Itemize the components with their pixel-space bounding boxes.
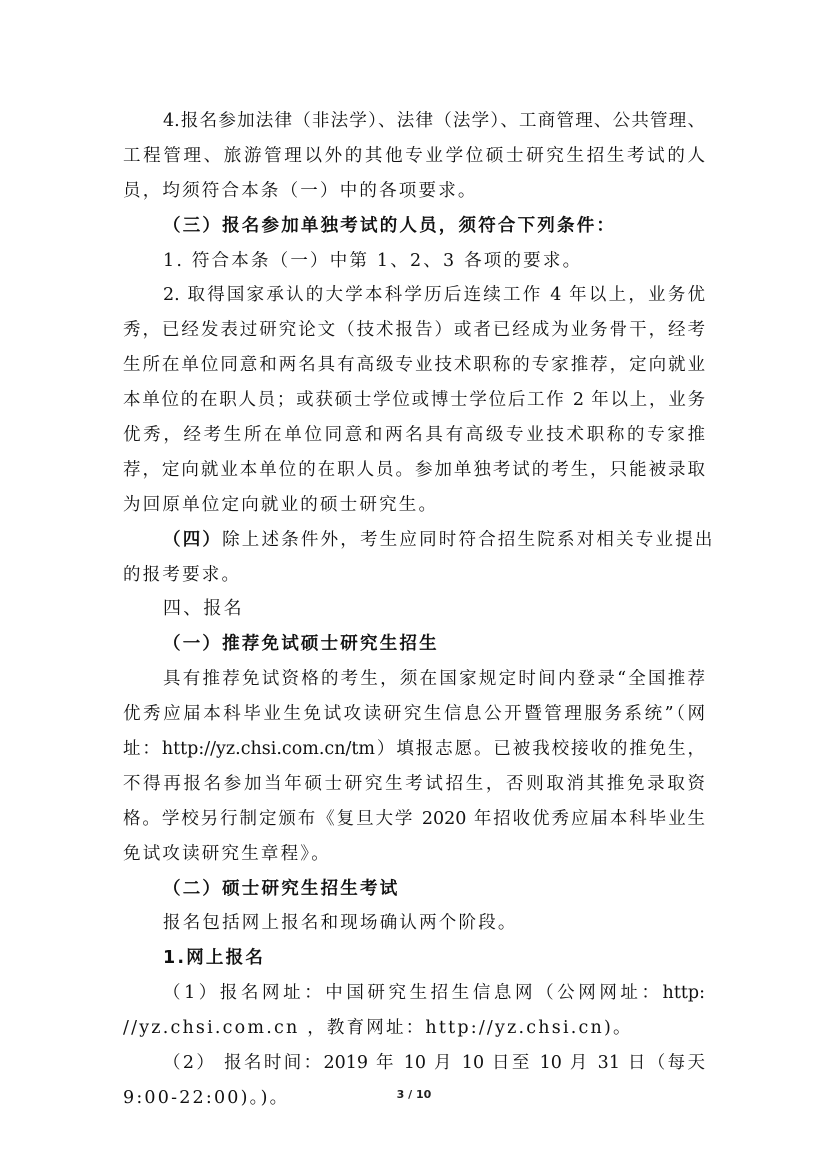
paragraph-text: 除上述条件外，考生应同时符合招生院系对相关专业提出 <box>222 530 715 550</box>
paragraph-line: 报名包括网上报名和现场确认两个阶段。 <box>123 906 705 941</box>
paragraph-line: 本单位的在职人员；或获硕士学位或博士学位后工作 2 年以上，业务 <box>123 383 705 418</box>
paragraph-line: 格。学校另行制定颁布《复旦大学 2020 年招收优秀应届本科毕业生 <box>123 802 705 837</box>
paragraph-line: （四）除上述条件外，考生应同时符合招生院系对相关专业提出 <box>123 523 705 558</box>
paragraph-line: （2） 报名时间：2019 年 10 月 10 日至 10 月 31 日（每天 <box>123 1046 705 1081</box>
section-heading: （二）硕士研究生招生考试 <box>123 872 705 907</box>
paragraph-line: 不得再报名参加当年硕士研究生考试招生，否则取消其推免录取资 <box>123 767 705 802</box>
paragraph-line: 为回原单位定向就业的硕士研究生。 <box>123 488 705 523</box>
paragraph-line: 1. 符合本条（一）中第 1、2、3 各项的要求。 <box>123 244 705 279</box>
paragraph-line: （1）报名网址：中国研究生招生信息网（公网网址：http: <box>123 976 705 1011</box>
paragraph-line: 优秀，经考生所在单位同意和两名具有高级专业技术职称的专家推 <box>123 418 705 453</box>
paragraph-line: 优秀应届本科毕业生免试攻读研究生信息公开暨管理服务系统”（网 <box>123 697 705 732</box>
paragraph-line: 秀，已经发表过研究论文（技术报告）或者已经成为业务骨干，经考 <box>123 313 705 348</box>
paragraph-line: 2. 取得国家承认的大学本科学历后连续工作 4 年以上，业务优 <box>123 278 705 313</box>
subsection-heading: 1.网上报名 <box>123 941 705 976</box>
section-heading: （三）报名参加单独考试的人员，须符合下列条件： <box>123 209 705 244</box>
paragraph-line: 员，均须符合本条（一）中的各项要求。 <box>123 174 705 209</box>
paragraph-line: 生所在单位同意和两名具有高级专业技术职称的专家推荐，定向就业 <box>123 348 705 383</box>
paragraph-line: 的报考要求。 <box>123 558 705 593</box>
document-body: 4.报名参加法律（非法学）、法律（法学）、工商管理、公共管理、 工程管理、旅游管… <box>123 104 705 1116</box>
paragraph-line: 荐，定向就业本单位的在职人员。参加单独考试的考生，只能被录取 <box>123 453 705 488</box>
section-heading: （一）推荐免试硕士研究生招生 <box>123 627 705 662</box>
paragraph-line: 免试攻读研究生章程》。 <box>123 837 705 872</box>
paragraph-line: 址：http://yz.chsi.com.cn/tm）填报志愿。已被我校接收的推… <box>123 732 705 767</box>
paragraph-line: //yz.chsi.com.cn ，教育网址：http://yz.chsi.cn… <box>123 1011 705 1046</box>
paragraph-line: 具有推荐免试资格的考生，须在国家规定时间内登录“全国推荐 <box>123 662 705 697</box>
section-label: （四） <box>163 530 222 550</box>
paragraph-line: 工程管理、旅游管理以外的其他专业学位硕士研究生招生考试的人 <box>123 139 705 174</box>
paragraph-line: 4.报名参加法律（非法学）、法律（法学）、工商管理、公共管理、 <box>123 104 705 139</box>
chapter-heading: 四、报名 <box>123 592 705 627</box>
page-indicator: 3 / 10 <box>0 1088 828 1101</box>
